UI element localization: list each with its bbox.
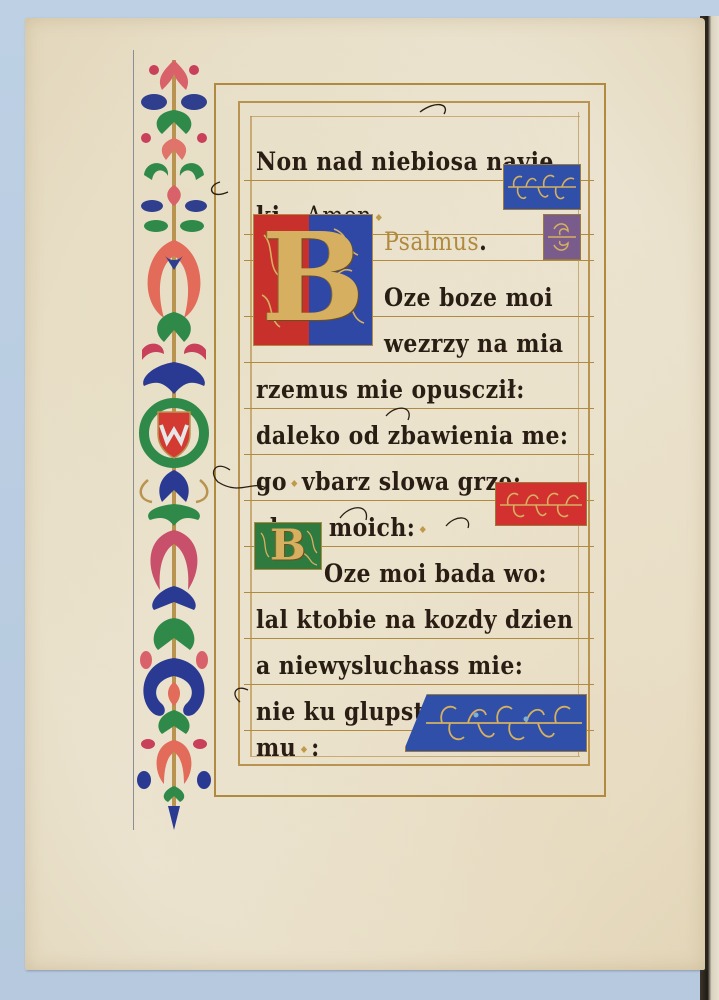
acanthus-border-icon (134, 50, 214, 840)
psalm-rubric: Psalmus (384, 227, 479, 256)
text-line: daleko od zbawienia me: (244, 408, 594, 455)
text-line: a niewysluchass mie: (244, 638, 594, 685)
floral-border (133, 50, 214, 830)
gold-vine-icon (504, 165, 580, 209)
line-filler-blue (503, 164, 581, 210)
initial-letter: B (254, 214, 372, 346)
illuminated-initial-b: B (253, 214, 373, 346)
binding-gutter (705, 20, 708, 970)
gold-vine-icon (406, 695, 586, 751)
initial-letter: B (255, 522, 321, 570)
gold-vine-icon (496, 483, 586, 525)
gold-vine-icon (544, 215, 580, 259)
line-filler-purple (543, 214, 581, 260)
illuminated-initial-b-small: B (254, 522, 322, 570)
line-filler-blue-long (405, 694, 587, 752)
line-filler-red (495, 482, 587, 526)
text-line: rzemus mie opuscził: (244, 362, 594, 409)
text-line: lal ktobie na kozdy dzien (244, 592, 594, 639)
